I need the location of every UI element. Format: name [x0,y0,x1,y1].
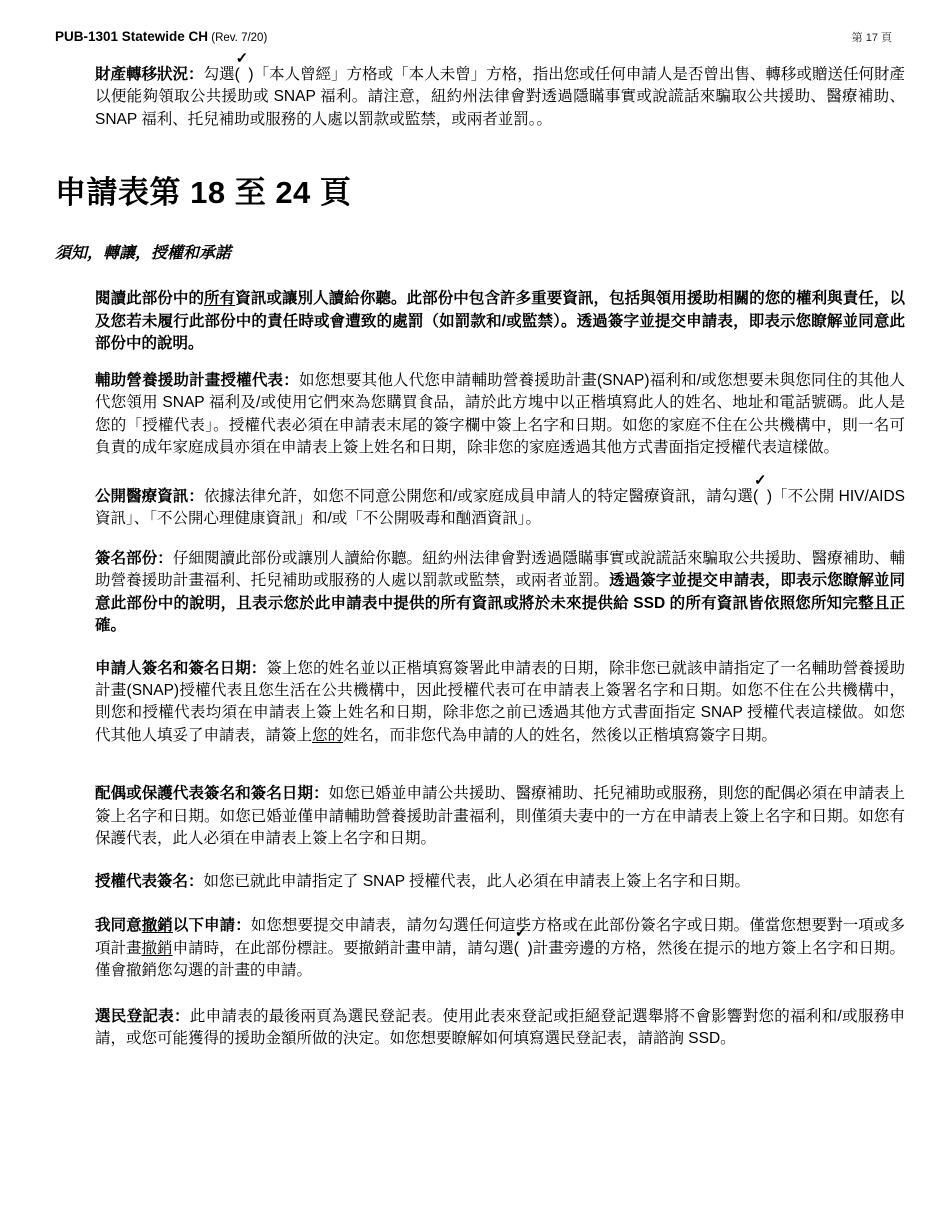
page-header: PUB-1301 Statewide CH (Rev. 7/20) 第 17 頁 [0,0,950,46]
paragraph-withdraw-application: 我同意撤銷以下申請：如您想要提交申請表，請勿勾選任何這些方格或在此部份簽名字或日… [95,915,905,982]
text-segment: 配偶或保護代表簽名和簽名日期： [95,785,329,802]
text-segment: 依據法律允許，如您不同意公開您和/或家庭成員申請人的特定醫療資訊，請勾選 [204,488,753,505]
text-segment: 姓名，而非您代為申請的人的姓名，然後以正楷填寫簽字日期。 [343,727,777,744]
section-subtitle: 須知，轉讓，授權和承諾 [55,240,905,263]
paragraph-snap-authorized-representative: 輔助營養援助計畫授權代表：如您想要其他人代您申請輔助營養援助計畫(SNAP)福利… [95,370,905,460]
text-segment: 以下申請： [173,917,251,934]
document-identifier: PUB-1301 Statewide CH (Rev. 7/20) [55,28,267,46]
checkmark-icon: ✓ [754,473,767,488]
paragraph-medical-info-release: 公開醫療資訊：依據法律允許，如您不同意公開您和/或家庭成員申請人的特定醫療資訊，… [95,486,905,531]
paragraph-auth-rep-signature: 授權代表簽名：如您已就此申請指定了 SNAP 授權代表，此人必須在申請表上簽上名… [95,871,905,893]
text-segment: 此申請表的最後兩頁為選民登記表。使用此表來登記或拒絕登記選舉將不會影響對您的福利… [95,1008,905,1047]
text-segment: 簽名部份： [95,550,173,567]
text-segment: 申請時，在此部份標註。要撤銷計畫申請，請勾選 [173,940,514,957]
text-segment: 閱讀此部份中的 [95,290,204,307]
text-segment: 勾選 [204,66,235,83]
text-segment: 輔助營養援助計畫授權代表： [95,372,299,389]
text-segment: 如您已就此申請指定了 SNAP 授權代表，此人必須在申請表上簽上名字和日期。 [204,873,751,890]
text-segment: 撤銷 [142,940,173,957]
text-segment: 授權代表簽名： [95,873,204,890]
paragraph-applicant-signature: 申請人簽名和簽名日期：簽上您的姓名並以正楷填寫簽署此申請表的日期，除非您已就該申… [95,658,905,748]
document-page: PUB-1301 Statewide CH (Rev. 7/20) 第 17 頁… [0,0,950,1230]
checkmark-icon: ✓ [236,51,249,66]
checkmark-over-parentheses: ✓( ) [235,66,254,83]
section-heading: 申請表第 18 至 24 頁 [55,167,905,212]
paragraph-voter-registration: 選民登記表：此申請表的最後兩頁為選民登記表。使用此表來登記或拒絕登記選舉將不會影… [95,1006,905,1051]
paragraph-read-all: 閱讀此部份中的所有資訊或讓別人讀給你聽。此部份中包含許多重要資訊，包括與領用援助… [95,288,905,355]
document-content: 財產轉移狀況：勾選✓( )「本人曾經」方格或「本人未曾」方格，指出您或任何申請人… [0,64,950,1051]
paragraph-spouse-signature: 配偶或保護代表簽名和簽名日期：如您已婚並申請公共援助、醫療補助、托兒補助或服務，… [95,783,905,850]
paragraph-signature-section: 簽名部份：仔細閱讀此部份或讓別人讀給你聽。紐約州法律會對透過隱瞞事實或說謊話來騙… [95,548,905,638]
text-segment: 所有 [204,290,235,307]
document-revision: (Rev. 7/20) [208,32,267,44]
text-segment: 我同意 [95,917,142,934]
page-number: 第 17 頁 [852,29,892,45]
checkmark-over-parentheses: ✓( ) [753,488,772,505]
text-segment: 財產轉移狀況： [95,66,204,83]
checkmark-over-parentheses: ✓( ) [514,940,533,957]
text-segment: 選民登記表： [95,1008,190,1025]
text-segment: 申請人簽名和簽名日期： [95,660,266,677]
document-id: PUB-1301 Statewide CH [55,29,208,44]
text-segment: 撤銷 [142,917,173,934]
checkmark-icon: ✓ [515,925,528,940]
text-segment: 您的 [312,727,343,744]
text-segment: 公開醫療資訊： [95,488,204,505]
paragraph-property-transfer: 財產轉移狀況：勾選✓( )「本人曾經」方格或「本人未曾」方格，指出您或任何申請人… [95,64,905,131]
